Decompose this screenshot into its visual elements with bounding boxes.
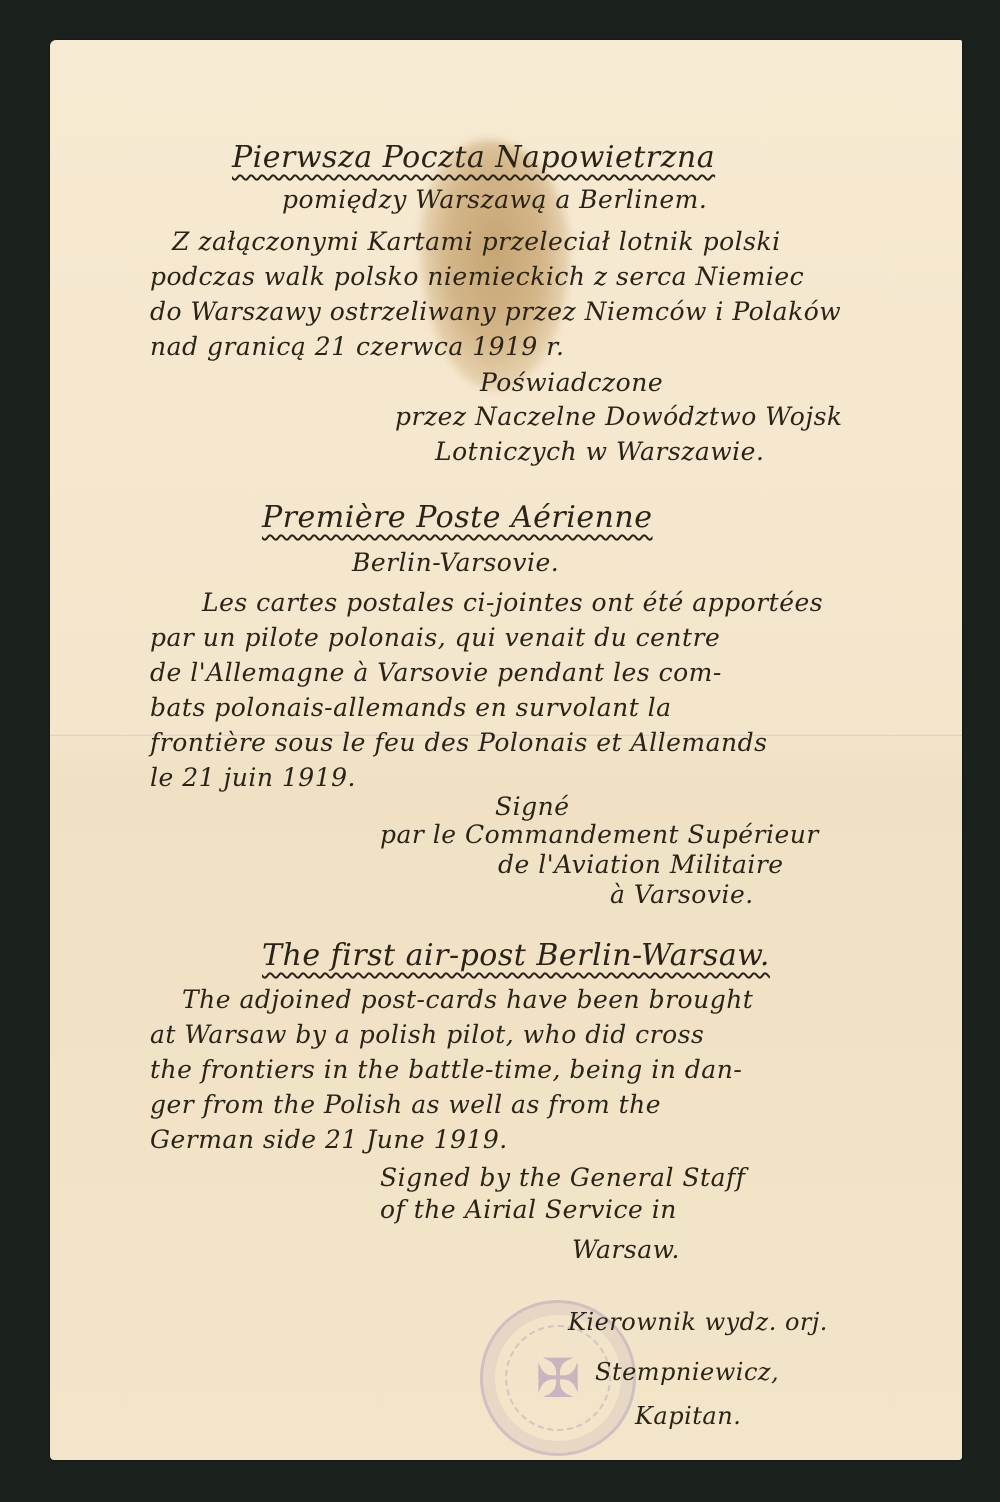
french-body-line: frontière sous le feu des Polonais et Al…: [150, 728, 767, 757]
signature-rank: Kapitan.: [635, 1402, 741, 1430]
document-sheet: Pierwsza Poczta Napowietrzna pomiędzy Wa…: [50, 40, 962, 1460]
polish-body-line: podczas walk polsko niemieckich z serca …: [150, 262, 804, 291]
polish-body-line: nad granicą 21 czerwca 1919 r.: [150, 332, 564, 361]
english-attestation-line: Warsaw.: [572, 1235, 680, 1264]
french-body-line: Les cartes postales ci-jointes ont été a…: [202, 588, 823, 617]
signature-title: Kierownik wydz. orj.: [568, 1308, 828, 1336]
french-attestation-line: Signé: [495, 792, 570, 821]
english-body-line: at Warsaw by a polish pilot, who did cro…: [150, 1020, 704, 1049]
english-body-line: German side 21 June 1919.: [150, 1125, 508, 1154]
french-body-line: bats polonais-allemands en survolant la: [150, 693, 672, 722]
polish-attestation-line: Poświadczone: [480, 368, 663, 397]
polish-body-line: Z załączonymi Kartami przeleciał lotnik …: [172, 227, 781, 256]
english-attestation-line: of the Airial Service in: [380, 1195, 677, 1224]
polish-subtitle: pomiędzy Warszawą a Berlinem.: [282, 185, 707, 214]
french-body-line: de l'Allemagne à Varsovie pendant les co…: [150, 658, 722, 687]
french-body-line: le 21 juin 1919.: [150, 763, 356, 792]
english-body-line: The adjoined post-cards have been brough…: [182, 985, 753, 1014]
french-attestation-line: à Varsovie.: [610, 880, 754, 909]
polish-attestation-line: przez Naczelne Dowództwo Wojsk: [395, 402, 843, 431]
english-title: The first air-post Berlin-Warsaw.: [262, 938, 770, 973]
english-body-line: ger from the Polish as well as from the: [150, 1090, 661, 1119]
french-attestation-line: de l'Aviation Militaire: [498, 850, 784, 879]
english-attestation-line: Signed by the General Staff: [380, 1163, 745, 1192]
french-subtitle: Berlin-Varsovie.: [352, 548, 559, 577]
polish-body-line: do Warszawy ostrzeliwany przez Niemców i…: [150, 297, 841, 326]
french-body-line: par un pilote polonais, qui venait du ce…: [150, 623, 720, 652]
french-attestation-line: par le Commandement Supérieur: [380, 820, 819, 849]
english-body-line: the frontiers in the battle-time, being …: [150, 1055, 742, 1084]
signature-name: Stempniewicz,: [595, 1358, 779, 1386]
polish-title: Pierwsza Poczta Napowietrzna: [232, 140, 715, 175]
polish-attestation-line: Lotniczych w Warszawie.: [435, 437, 764, 466]
french-title: Première Poste Aérienne: [262, 500, 652, 535]
